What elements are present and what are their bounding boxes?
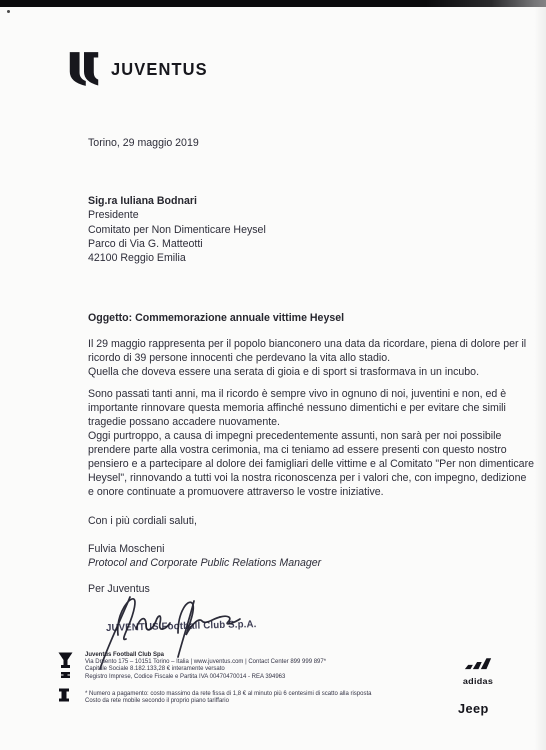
date-line: Torino, 29 maggio 2019 xyxy=(88,136,534,150)
footer-notes: * Numero a pagamento: costo massimo da r… xyxy=(85,691,415,705)
letterhead: JUVENTUS xyxy=(68,50,214,88)
signer-name: Fulvia Moscheni xyxy=(88,542,534,556)
footer-line: Registro Imprese, Codice Fiscale e Parti… xyxy=(85,674,415,681)
body-paragraph: Il 29 maggio rappresenta per il popolo b… xyxy=(88,337,534,379)
footer-crest-icon xyxy=(58,652,73,683)
footer-note-line: Costo da rete mobile secondo il proprio … xyxy=(85,698,415,705)
footer-company-lines: Juventus Football Club Spa Via Druento 1… xyxy=(85,652,415,681)
recipient-line: Parco di Via G. Matteotti xyxy=(88,237,534,251)
subject-line: Oggetto: Commemorazione annuale vittime … xyxy=(88,311,534,325)
adidas-icon xyxy=(463,655,493,670)
scan-artifact-dot xyxy=(7,10,10,13)
recipient-name: Sig.ra Iuliana Bodnari xyxy=(88,194,534,208)
body-paragraph: Sono passati tanti anni, ma il ricordo è… xyxy=(88,387,534,429)
adidas-logo: adidas xyxy=(455,655,501,686)
recipient-line: Presidente xyxy=(88,208,534,222)
juventus-j-icon xyxy=(68,50,100,88)
signer-title: Protocol and Corporate Public Relations … xyxy=(88,556,534,570)
recipient-line: Comitato per Non Dimenticare Heysel xyxy=(88,223,534,237)
juventus-wordmark: JUVENTUS xyxy=(111,59,208,80)
letter-body: Il 29 maggio rappresenta per il popolo b… xyxy=(88,337,534,499)
footer-note-line: * Numero a pagamento: costo massimo da r… xyxy=(85,691,415,698)
recipient-line: 42100 Reggio Emilia xyxy=(88,251,534,265)
adidas-wordmark: adidas xyxy=(455,676,501,685)
scan-artifact-top-bar xyxy=(0,0,546,7)
footer-line: Juventus Football Club Spa xyxy=(85,652,415,659)
body-paragraph: Oggi purtroppo, a causa di impegni prece… xyxy=(88,429,534,499)
scanned-letter-page: JUVENTUS Torino, 29 maggio 2019 Sig.ra I… xyxy=(0,0,546,750)
scan-edge-shade xyxy=(534,0,546,750)
salutation: Con i più cordiali saluti, xyxy=(88,514,534,528)
footer-line: Via Druento 175 – 10151 Torino – Italia … xyxy=(85,659,415,666)
footer-line: Capitale Sociale 8.182.133,28 € interame… xyxy=(85,666,415,673)
footer-crest-icon-small xyxy=(58,688,70,707)
jeep-wordmark: Jeep xyxy=(458,702,489,716)
recipient-block: Sig.ra Iuliana Bodnari Presidente Comita… xyxy=(88,194,534,265)
